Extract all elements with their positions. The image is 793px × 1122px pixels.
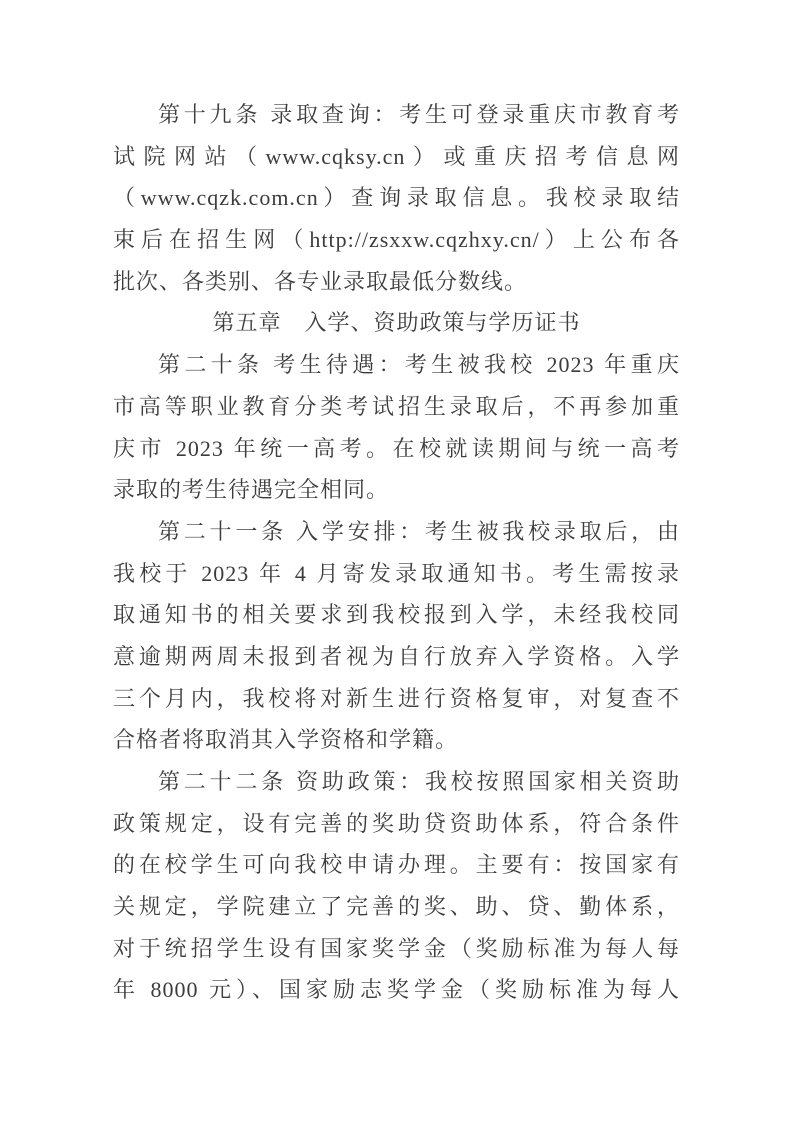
- paragraph-line: 第二十条 考生待遇：考生被我校 2023 年重庆: [113, 344, 680, 386]
- paragraph-line: 的在校学生可向我校申请办理。主要有：按国家有: [113, 844, 680, 886]
- paragraph-line: 年 8000 元）、国家励志奖学金（奖励标准为每人: [113, 969, 680, 1011]
- paragraph-line: 试院网站（www.cqksy.cn）或重庆招考信息网: [113, 136, 680, 178]
- paragraph-line: 我校于 2023 年 4 月寄发录取通知书。考生需按录: [113, 553, 680, 595]
- paragraph-line: 取通知书的相关要求到我校报到入学，未经我校同: [113, 594, 680, 636]
- paragraph-line: 市高等职业教育分类考试招生录取后，不再参加重: [113, 386, 680, 428]
- paragraph-line: 束后在招生网（http://zsxxw.cqzhxy.cn/）上公布各: [113, 219, 680, 261]
- chapter-heading: 第五章 入学、资助政策与学历证书: [113, 302, 680, 344]
- paragraph-line: （www.cqzk.com.cn）查询录取信息。我校录取结: [113, 177, 680, 219]
- paragraph-line: 关规定，学院建立了完善的奖、助、贷、勤体系，: [113, 886, 680, 928]
- paragraph-line: 合格者将取消其入学资格和学籍。: [113, 719, 680, 761]
- paragraph-line: 第二十一条 入学安排：考生被我校录取后，由: [113, 511, 680, 553]
- document-page: 第十九条 录取查询：考生可登录重庆市教育考 试院网站（www.cqksy.cn）…: [0, 0, 793, 1122]
- document-text-block: 第十九条 录取查询：考生可登录重庆市教育考 试院网站（www.cqksy.cn）…: [113, 94, 680, 1011]
- paragraph-line: 第二十二条 资助政策：我校按照国家相关资助: [113, 761, 680, 803]
- paragraph-line: 政策规定，设有完善的奖助贷资助体系，符合条件: [113, 803, 680, 845]
- paragraph-line: 意逾期两周未报到者视为自行放弃入学资格。入学: [113, 636, 680, 678]
- paragraph-line: 庆市 2023 年统一高考。在校就读期间与统一高考: [113, 428, 680, 470]
- paragraph-line: 录取的考生待遇完全相同。: [113, 469, 680, 511]
- paragraph-line: 对于统招学生设有国家奖学金（奖励标准为每人每: [113, 928, 680, 970]
- paragraph-line: 三个月内，我校将对新生进行资格复审，对复查不: [113, 678, 680, 720]
- paragraph-line: 第十九条 录取查询：考生可登录重庆市教育考: [113, 94, 680, 136]
- paragraph-line: 批次、各类别、各专业录取最低分数线。: [113, 261, 680, 303]
